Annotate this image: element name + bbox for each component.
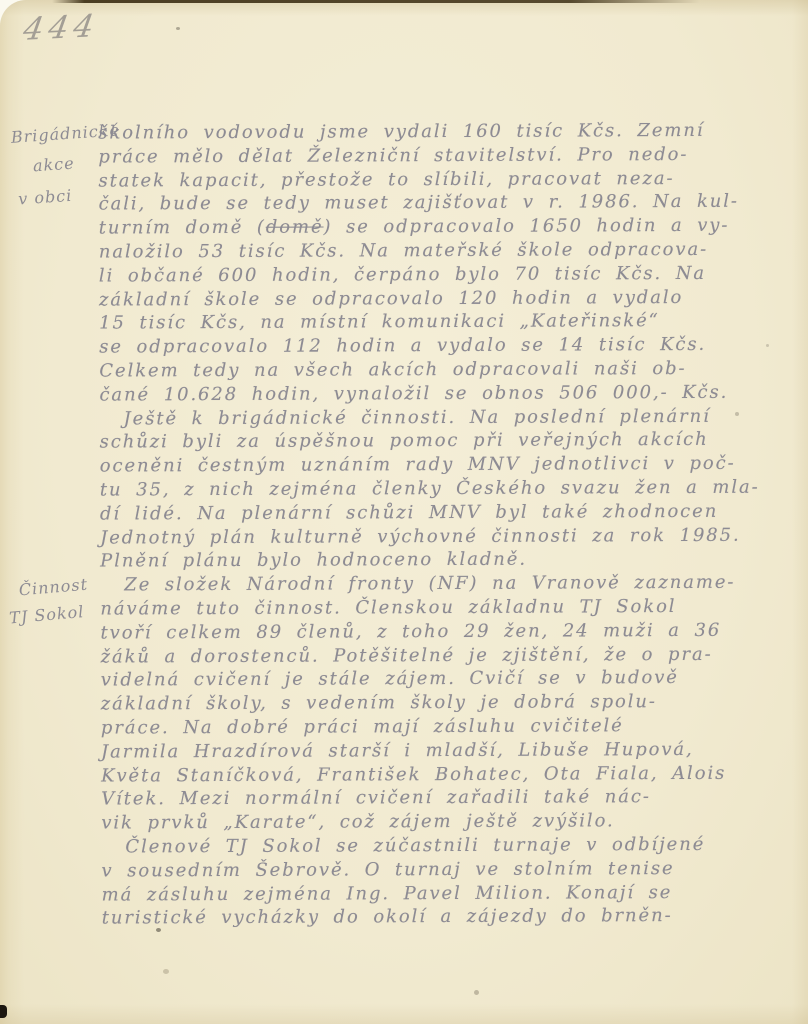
margin-note-cinnost-tj-sokol: Činnost TJ Sokol xyxy=(6,577,91,627)
text-line: 15 tisíc Kčs, na místní komunikaci „Kate… xyxy=(99,309,801,336)
text-line: Ještě k brigádnické činnosti. Na posledn… xyxy=(99,404,801,431)
text-line: tvoří celkem 89 členů, z toho 29 žen, 24… xyxy=(100,618,802,645)
text-line: čané 10.628 hodin, vynaložil se obnos 50… xyxy=(99,380,801,407)
text-line: videlná cvičení je stále zájem. Cvičí se… xyxy=(101,666,803,693)
margin-note-line: TJ Sokol xyxy=(9,603,91,626)
text-line: turistické vycházky do okolí a zájezdy d… xyxy=(102,904,804,931)
text-line: základní školy, s vedením školy je dobrá… xyxy=(101,690,803,717)
text-line: náváme tuto činnost. Členskou základnu T… xyxy=(100,594,802,621)
text-segment: ) se odpracovalo 1650 hodin a vy- xyxy=(323,215,729,238)
text-line: práce mělo dělat Železniční stavitelství… xyxy=(98,142,800,169)
text-line: má zásluhu zejména Ing. Pavel Milion. Ko… xyxy=(102,880,804,907)
text-line: tu 35, z nich zejména členky Českého sva… xyxy=(100,475,802,502)
text-line: vik prvků „Karate“, což zájem ještě zvýš… xyxy=(101,809,803,836)
text-line: v sousedním Šebrově. O turnaj ve stolním… xyxy=(101,856,803,883)
paper-speck xyxy=(735,412,739,416)
text-line: turním domě (domě) se odpracovalo 1650 h… xyxy=(99,214,801,241)
page-edge-mark xyxy=(0,1005,7,1018)
text-line: statek kapacit, přestože to slíbili, pra… xyxy=(98,166,800,193)
text-line: Jednotný plán kulturně výchovné činnosti… xyxy=(100,523,802,550)
page-top-edge xyxy=(52,0,700,3)
manuscript-page: 444 Brigádnické akce v obci Činnost TJ S… xyxy=(0,0,808,1024)
text-line: se odpracovalo 112 hodin a vydalo se 14 … xyxy=(99,333,801,360)
page-number: 444 xyxy=(21,8,102,48)
text-line: dí lidé. Na plenární schůzi MNV byl také… xyxy=(100,499,802,526)
paper-speck xyxy=(163,969,169,974)
text-line: práce. Na dobré práci mají zásluhu cviči… xyxy=(101,713,803,740)
text-line: li občané 600 hodin, čerpáno bylo 70 tis… xyxy=(99,261,801,288)
paper-speck xyxy=(766,344,769,347)
text-line: oceněni čestným uznáním rady MNV jednotl… xyxy=(100,452,802,479)
struck-word: domě xyxy=(266,217,324,238)
text-line: Vítek. Mezi normální cvičení zařadili ta… xyxy=(101,785,803,812)
text-line: školního vodovodu jsme vydali 160 tisíc … xyxy=(98,118,800,145)
text-line: žáků a dorostenců. Potěšitelné je zjiště… xyxy=(101,642,803,669)
handwritten-text-block: školního vodovodu jsme vydali 160 tisíc … xyxy=(98,118,804,930)
text-line: Květa Staníčková, František Bohatec, Ota… xyxy=(101,761,803,788)
paper-speck xyxy=(156,928,161,932)
text-line: Plnění plánu bylo hodnoceno kladně. xyxy=(100,547,802,574)
text-line: Jarmila Hrazdírová starší i mladší, Libu… xyxy=(101,737,803,764)
text-segment: turním domě ( xyxy=(99,217,266,239)
paper-speck xyxy=(176,27,180,30)
text-line: Celkem tedy na všech akcích odpracovali … xyxy=(99,356,801,383)
text-line: schůzi byli za úspěšnou pomoc při veřejn… xyxy=(100,428,802,455)
text-line: Členové TJ Sokol se zúčastnili turnaje v… xyxy=(101,832,803,859)
text-line: základní škole se odpracovalo 120 hodin … xyxy=(99,285,801,312)
text-line: Ze složek Národní fronty (NF) na Vranově… xyxy=(100,571,802,598)
text-line: čali, bude se tedy muset zajišťovat v r.… xyxy=(99,190,801,217)
text-line: naložilo 53 tisíc Kčs. Na mateřské škole… xyxy=(99,237,801,264)
margin-note-line: Činnost xyxy=(18,577,88,599)
paper-speck xyxy=(474,990,479,995)
